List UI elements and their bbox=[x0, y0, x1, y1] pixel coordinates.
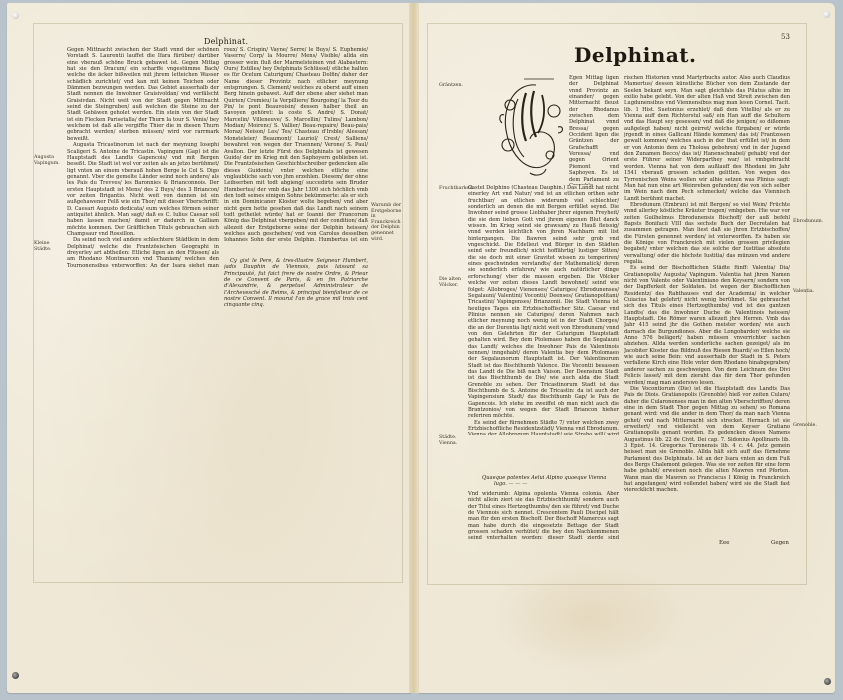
mounting-pin bbox=[823, 11, 830, 18]
right-column-1: Castel Delphino (Chasteau Dauphin.) Das … bbox=[468, 185, 619, 435]
margin-note: Kleine Städte. bbox=[34, 241, 62, 252]
right-column-1-bottom: Vnd widerumb: Alpina opulenta Vienna col… bbox=[468, 491, 619, 539]
margin-note: Städte. Vienna. bbox=[439, 435, 467, 446]
paragraph: Egen Mittag ligen der Delphinat vnnd Pro… bbox=[569, 75, 619, 185]
paragraph: Da seind noch viel andere schlechtere St… bbox=[67, 237, 219, 267]
paragraph: Ebrodunum (Embrun) ist mit Bergen/ so vi… bbox=[624, 202, 790, 265]
margin-note: Ebrodunum. bbox=[793, 219, 821, 225]
right-column-2: rischen Historien vnnd Martyrbuchs autor… bbox=[624, 75, 790, 545]
margin-note: Die alten Völcker. bbox=[439, 277, 467, 288]
paragraph: Castel Delphino (Chasteau Dauphin.) Das … bbox=[468, 185, 619, 420]
verse-line: lugo. — — — bbox=[468, 481, 619, 487]
paragraph: rischen Historien vnnd Martyrbuchs autor… bbox=[624, 75, 790, 202]
left-column-1: Gegen Mittnacht zwischen der Stadt vnnd … bbox=[67, 47, 219, 267]
left-page: Delphinat. Augusta Vapingum. Kleine Städ… bbox=[7, 3, 411, 693]
margin-note: Gräntzen. bbox=[439, 83, 467, 89]
margin-note: Grenoble. bbox=[793, 423, 821, 429]
mounting-pin bbox=[824, 678, 831, 685]
mounting-pin bbox=[12, 672, 19, 679]
margin-note: Valentia. bbox=[793, 289, 821, 295]
mounting-pin bbox=[12, 12, 19, 19]
document-spread: Delphinat. Augusta Vapingum. Kleine Städ… bbox=[3, 3, 839, 693]
paragraph: roux/ S. Crispin/ Vayne/ Serre/ le Buys/… bbox=[224, 47, 368, 243]
epitaph-text: Cy gist le Pere, & tres-illustre Seigneu… bbox=[224, 258, 368, 309]
verse-line: Quaeque potentes Aelui Alpino quaeque Vi… bbox=[468, 475, 619, 481]
page-title: Delphinat. bbox=[574, 43, 697, 67]
margin-note: Warumb der Erstgeborne in Franckreich de… bbox=[371, 203, 405, 242]
right-column-1-top: Egen Mittag ligen der Delphinat vnnd Pro… bbox=[569, 75, 619, 185]
paragraph: Es seind der Bischofflichen Städte fünff… bbox=[624, 265, 790, 386]
margin-note: Augusta Vapingum. bbox=[34, 155, 62, 166]
ornamental-initial-icon bbox=[496, 75, 566, 180]
paragraph: Es seind der fürnehmen Städte 7/ vnter w… bbox=[468, 420, 619, 435]
latin-verse: Quaeque potentes Aelui Alpino quaeque Vi… bbox=[468, 475, 619, 489]
right-page: 53 Delphinat. Gräntzen. Fruchtbarkeit. D… bbox=[419, 3, 835, 693]
paragraph: Vnd widerumb: Alpina opulenta Vienna col… bbox=[468, 491, 619, 539]
margin-note: Fruchtbarkeit. bbox=[439, 186, 467, 192]
left-column-2: roux/ S. Crispin/ Vayne/ Serre/ le Buys/… bbox=[224, 47, 368, 243]
signature-mark: Eee bbox=[719, 540, 730, 546]
catchword: Gegen bbox=[771, 540, 789, 546]
epitaph: Cy gist le Pere, & tres-illustre Seigneu… bbox=[224, 258, 368, 310]
paragraph: Gegen Mittnacht zwischen der Stadt vnnd … bbox=[67, 47, 219, 142]
paragraph: Die Vocontiorum (Die) ist die Hauptstadt… bbox=[624, 386, 790, 494]
paragraph: Augusta Tricastinorum ist nach der meynu… bbox=[67, 142, 219, 237]
page-number: 53 bbox=[781, 33, 790, 41]
running-head: Delphinat. bbox=[204, 37, 248, 46]
